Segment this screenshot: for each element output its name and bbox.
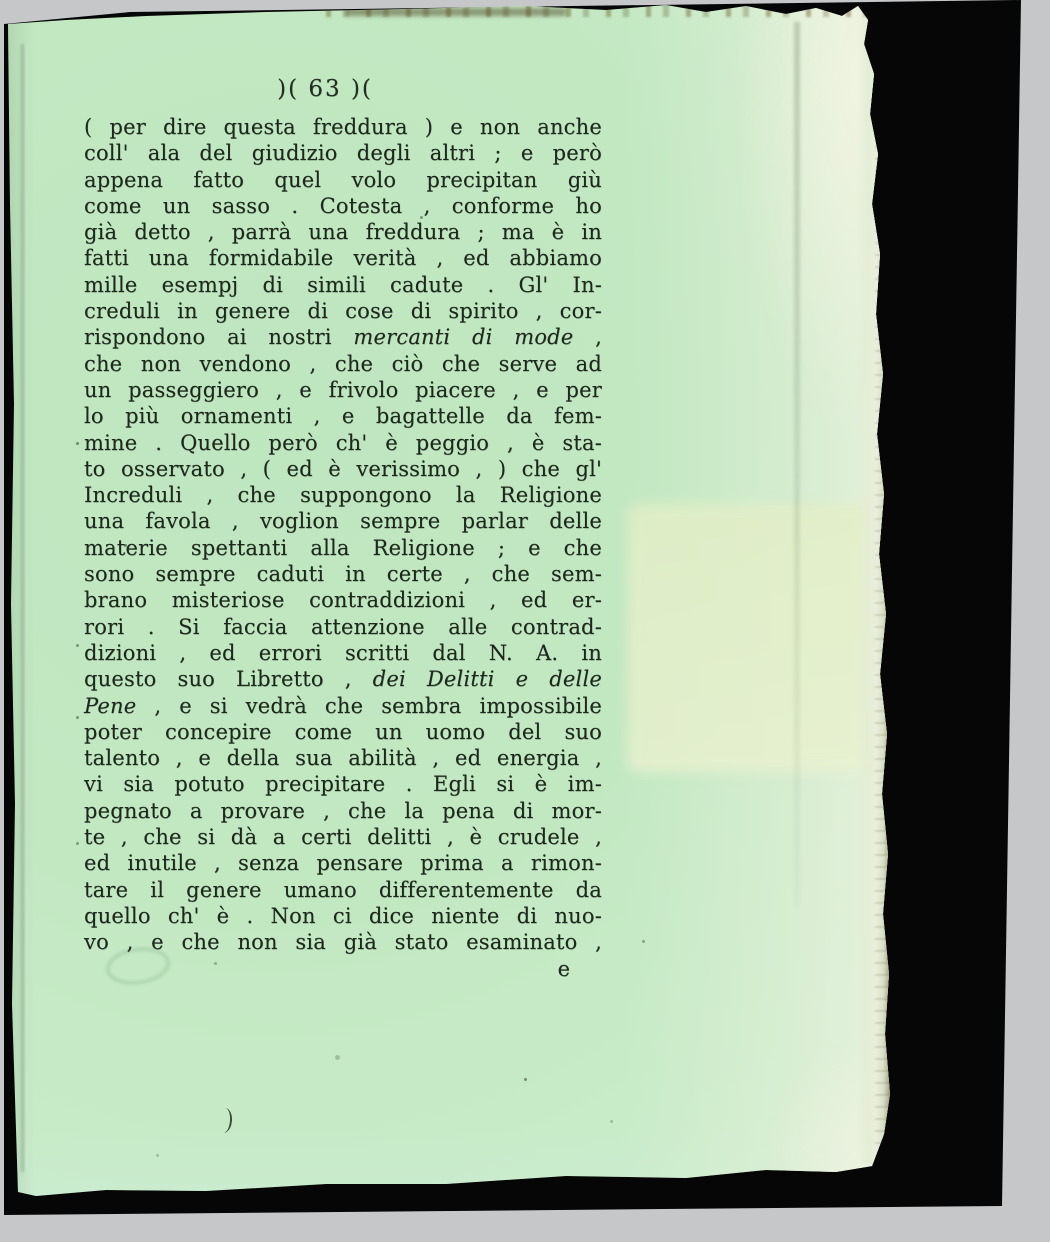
text-line: rispondono ai nostri mercanti di mode , (84, 324, 602, 350)
text-line: che non vendono , che ciò che serve ad (84, 351, 602, 377)
text-line: lo più ornamenti , e bagattelle da fem- (84, 403, 602, 429)
text-line: te , che si dà a certi delitti , è crude… (84, 824, 602, 850)
text-line: già detto , parrà una freddura ; ma è in (84, 219, 602, 245)
text-line: appena fatto quel volo precipitan giù (84, 167, 602, 193)
text-line: quello ch' è . Non ci dice niente di nuo… (84, 903, 602, 929)
book-page: )( 63 )( ( per dire questa freddura ) e … (6, 4, 890, 1200)
text-line: materie spettanti alla Religione ; e che (84, 535, 602, 561)
paper-discoloration-patch (628, 504, 890, 772)
text-line: creduli in genere di cose di spirito , c… (84, 298, 602, 324)
text-line: fatti una formidabile verità , ed abbiam… (84, 245, 602, 271)
ink-mark (220, 1108, 233, 1134)
text-line: vi sia potuto precipitare . Egli si è im… (84, 771, 602, 797)
text-line: Pene , e si vedrà che sembra impossibile (84, 693, 602, 719)
text-line: coll' ala del giudizio degli altri ; e p… (84, 140, 602, 166)
text-line: brano misteriose contraddizioni , ed er- (84, 587, 602, 613)
text-line: questo suo Libretto , dei Delitti e dell… (84, 666, 602, 692)
text-line: mille esempj di simili cadute . Gl' In- (84, 272, 602, 298)
catchword: e (84, 956, 602, 982)
text-lines: ( per dire questa freddura ) e non anche… (84, 114, 602, 956)
text-line: talento , e della sua abilità , ed energ… (84, 745, 602, 771)
text-line: pegnato a provare , che la pena di mor- (84, 798, 602, 824)
text-line: vo , e che non sia già stato esaminato , (84, 929, 602, 955)
text-line: ed inutile , senza pensare prima a rimon… (84, 850, 602, 876)
text-line: tare il genere umano differentemente da (84, 877, 602, 903)
text-line: to osservato , ( ed è verissimo , ) che … (84, 456, 602, 482)
page-number-header: )( 63 )( (84, 74, 602, 104)
text-line: come un sasso . Cotesta , conforme ho (84, 193, 602, 219)
text-block: )( 63 )( ( per dire questa freddura ) e … (84, 74, 602, 982)
text-line: ( per dire questa freddura ) e non anche (84, 114, 602, 140)
text-line: mine . Quello però ch' è peggio , è sta- (84, 430, 602, 456)
text-line: un passeggiero , e frivolo piacere , e p… (84, 377, 602, 403)
text-line: rori . Si faccia attenzione alle contrad… (84, 614, 602, 640)
text-line: una favola , voglion sempre parlar delle (84, 508, 602, 534)
text-line: sono sempre caduti in certe , che sem- (84, 561, 602, 587)
text-line: poter concepire come un uomo del suo (84, 719, 602, 745)
text-line: Increduli , che suppongono la Religione (84, 482, 602, 508)
right-crease (794, 22, 800, 907)
photo-frame: )( 63 )( ( per dire questa freddura ) e … (0, 0, 1050, 1242)
gutter-crease (19, 44, 29, 1172)
text-line: dizioni , ed errori scritti dal N. A. in (84, 640, 602, 666)
